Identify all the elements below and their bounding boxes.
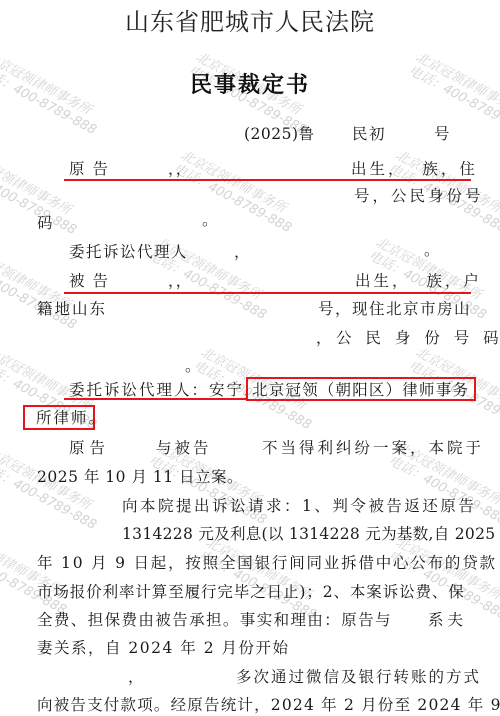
plaintiff-id-line: 号，公民身份号	[354, 186, 484, 206]
defendant-commas: ，，	[168, 271, 191, 291]
plaintiff-birth: 出生， 族，住	[351, 159, 478, 179]
red-underline-defendant	[64, 292, 471, 294]
defendant-label: 被告	[69, 271, 116, 291]
case-defendant: 与被告	[156, 438, 212, 458]
plaintiff-agent-label: 委托诉讼代理人	[69, 242, 188, 262]
court-name: 山东省肥城市人民法院	[0, 2, 500, 37]
claim-line-6: 妻关系，自 2024 年 2 月份开始	[37, 638, 290, 658]
document-page: 北京冠领律师事务所 电话：400-8789-888 北京冠领律师事务所 电话：4…	[0, 0, 500, 716]
case-dispute: 不当得利纠纷一案，本院于	[262, 438, 484, 458]
defendant-household-reg: 籍地山东	[37, 299, 107, 319]
red-underline-plaintiff	[64, 179, 471, 181]
plaintiff-agent-period: 。	[424, 240, 441, 260]
watermark: 北京冠领律师事务所 电话：400-8789-888	[0, 530, 76, 618]
watermark: 北京冠领律师事务所 电话：400-8789-888	[0, 445, 106, 533]
red-underline-agent	[64, 398, 248, 400]
claim-line-7a: ，	[128, 667, 145, 687]
claim-line-7b: 多次通过微信及银行转账的方式	[236, 667, 481, 687]
defendant-id-end: 。	[185, 356, 202, 376]
defendant-birth: 出生， 族，户	[355, 271, 482, 291]
document-title: 民事裁定书	[0, 68, 500, 99]
defendant-id-line: ，公 民 身 份 号 码	[316, 328, 500, 348]
claim-line-2: 1314228 元及利息(以 1314228 元为基数,自 2025	[122, 524, 495, 544]
case-number-suffix: 号	[434, 124, 451, 144]
case-plaintiff: 原告	[69, 438, 110, 458]
claim-line-4: 市场报价利率计算至履行完毕之日止)；2、本案诉讼费、保	[37, 582, 465, 602]
plaintiff-id-end: 码	[37, 213, 54, 233]
defendant-residence: 号，现住北京市房山	[318, 299, 471, 319]
defendant-agent-firm: 北京冠领（朝阳区）律师事务	[252, 380, 469, 400]
plaintiff-period: 。	[202, 210, 219, 230]
claim-line-8: 向被告支付款项。经原告统计，2024 年 2 月份至 2024 年 9	[37, 695, 500, 715]
plaintiff-label: 原告	[69, 159, 116, 179]
case-filing-date: 2025 年 10 月 11 日立案。	[37, 467, 243, 487]
defendant-agent-title: 所律师。	[36, 408, 106, 428]
plaintiff-agent-comma: ，	[234, 242, 251, 262]
case-number-type: 民初	[352, 124, 386, 144]
claim-line-1: 向本院提出诉讼请求：1、判令被告返还原告	[122, 496, 476, 516]
claim-line-5a: 全费、担保费由被告承担。事实和理由：原告与	[37, 610, 392, 630]
case-number-year: (2025)鲁	[244, 124, 315, 144]
claim-line-3: 年 10 月 9 日起，按照全国银行间同业拆借中心公布的贷款	[37, 553, 497, 573]
plaintiff-commas: ，，	[168, 159, 191, 179]
claim-line-5b: 系夫	[428, 610, 467, 630]
defendant-agent-label: 委托诉讼代理人：安宁，	[69, 380, 262, 400]
